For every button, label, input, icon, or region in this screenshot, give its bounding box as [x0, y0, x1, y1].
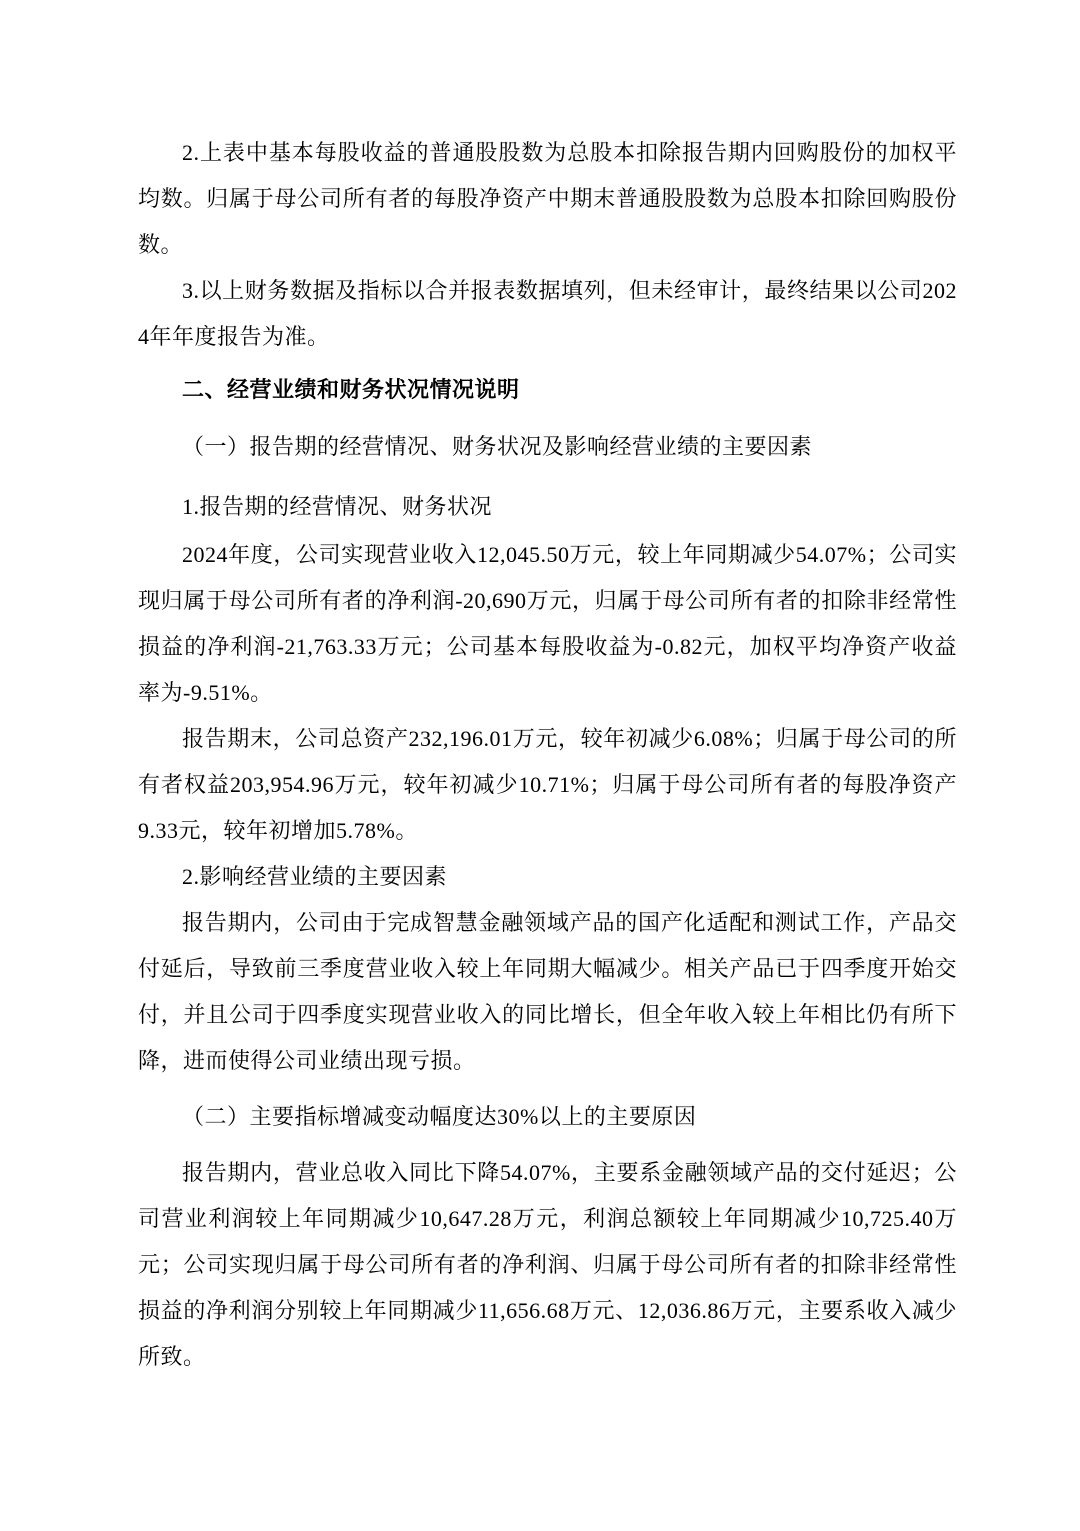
indicator-change-paragraph: 报告期内，营业总收入同比下降54.07%，主要系金融领域产品的交付延迟；公司营业… [138, 1150, 957, 1380]
subsection-1-heading: （一）报告期的经营情况、财务状况及影响经营业绩的主要因素 [138, 424, 957, 470]
main-factors-paragraph: 报告期内，公司由于完成智慧金融领域产品的国产化适配和测试工作，产品交付延后，导致… [138, 900, 957, 1084]
subsection-2-heading: （二）主要指标增减变动幅度达30%以上的主要原因 [138, 1094, 957, 1140]
financial-position-paragraph: 报告期末，公司总资产232,196.01万元，较年初减少6.08%；归属于母公司… [138, 716, 957, 854]
item-2-heading: 2.影响经营业绩的主要因素 [138, 854, 957, 900]
section-2-heading: 二、经营业绩和财务状况情况说明 [138, 367, 957, 413]
note-2-paragraph: 2.上表中基本每股收益的普通股股数为总股本扣除报告期内回购股份的加权平均数。归属… [138, 130, 957, 268]
item-1-heading: 1.报告期的经营情况、财务状况 [138, 484, 957, 530]
document-page: 2.上表中基本每股收益的普通股股数为总股本扣除报告期内回购股份的加权平均数。归属… [0, 0, 1080, 1531]
note-3-paragraph: 3.以上财务数据及指标以合并报表数据填列，但未经审计，最终结果以公司2024年年… [138, 268, 957, 360]
operating-results-paragraph: 2024年度，公司实现营业收入12,045.50万元，较上年同期减少54.07%… [138, 532, 957, 716]
